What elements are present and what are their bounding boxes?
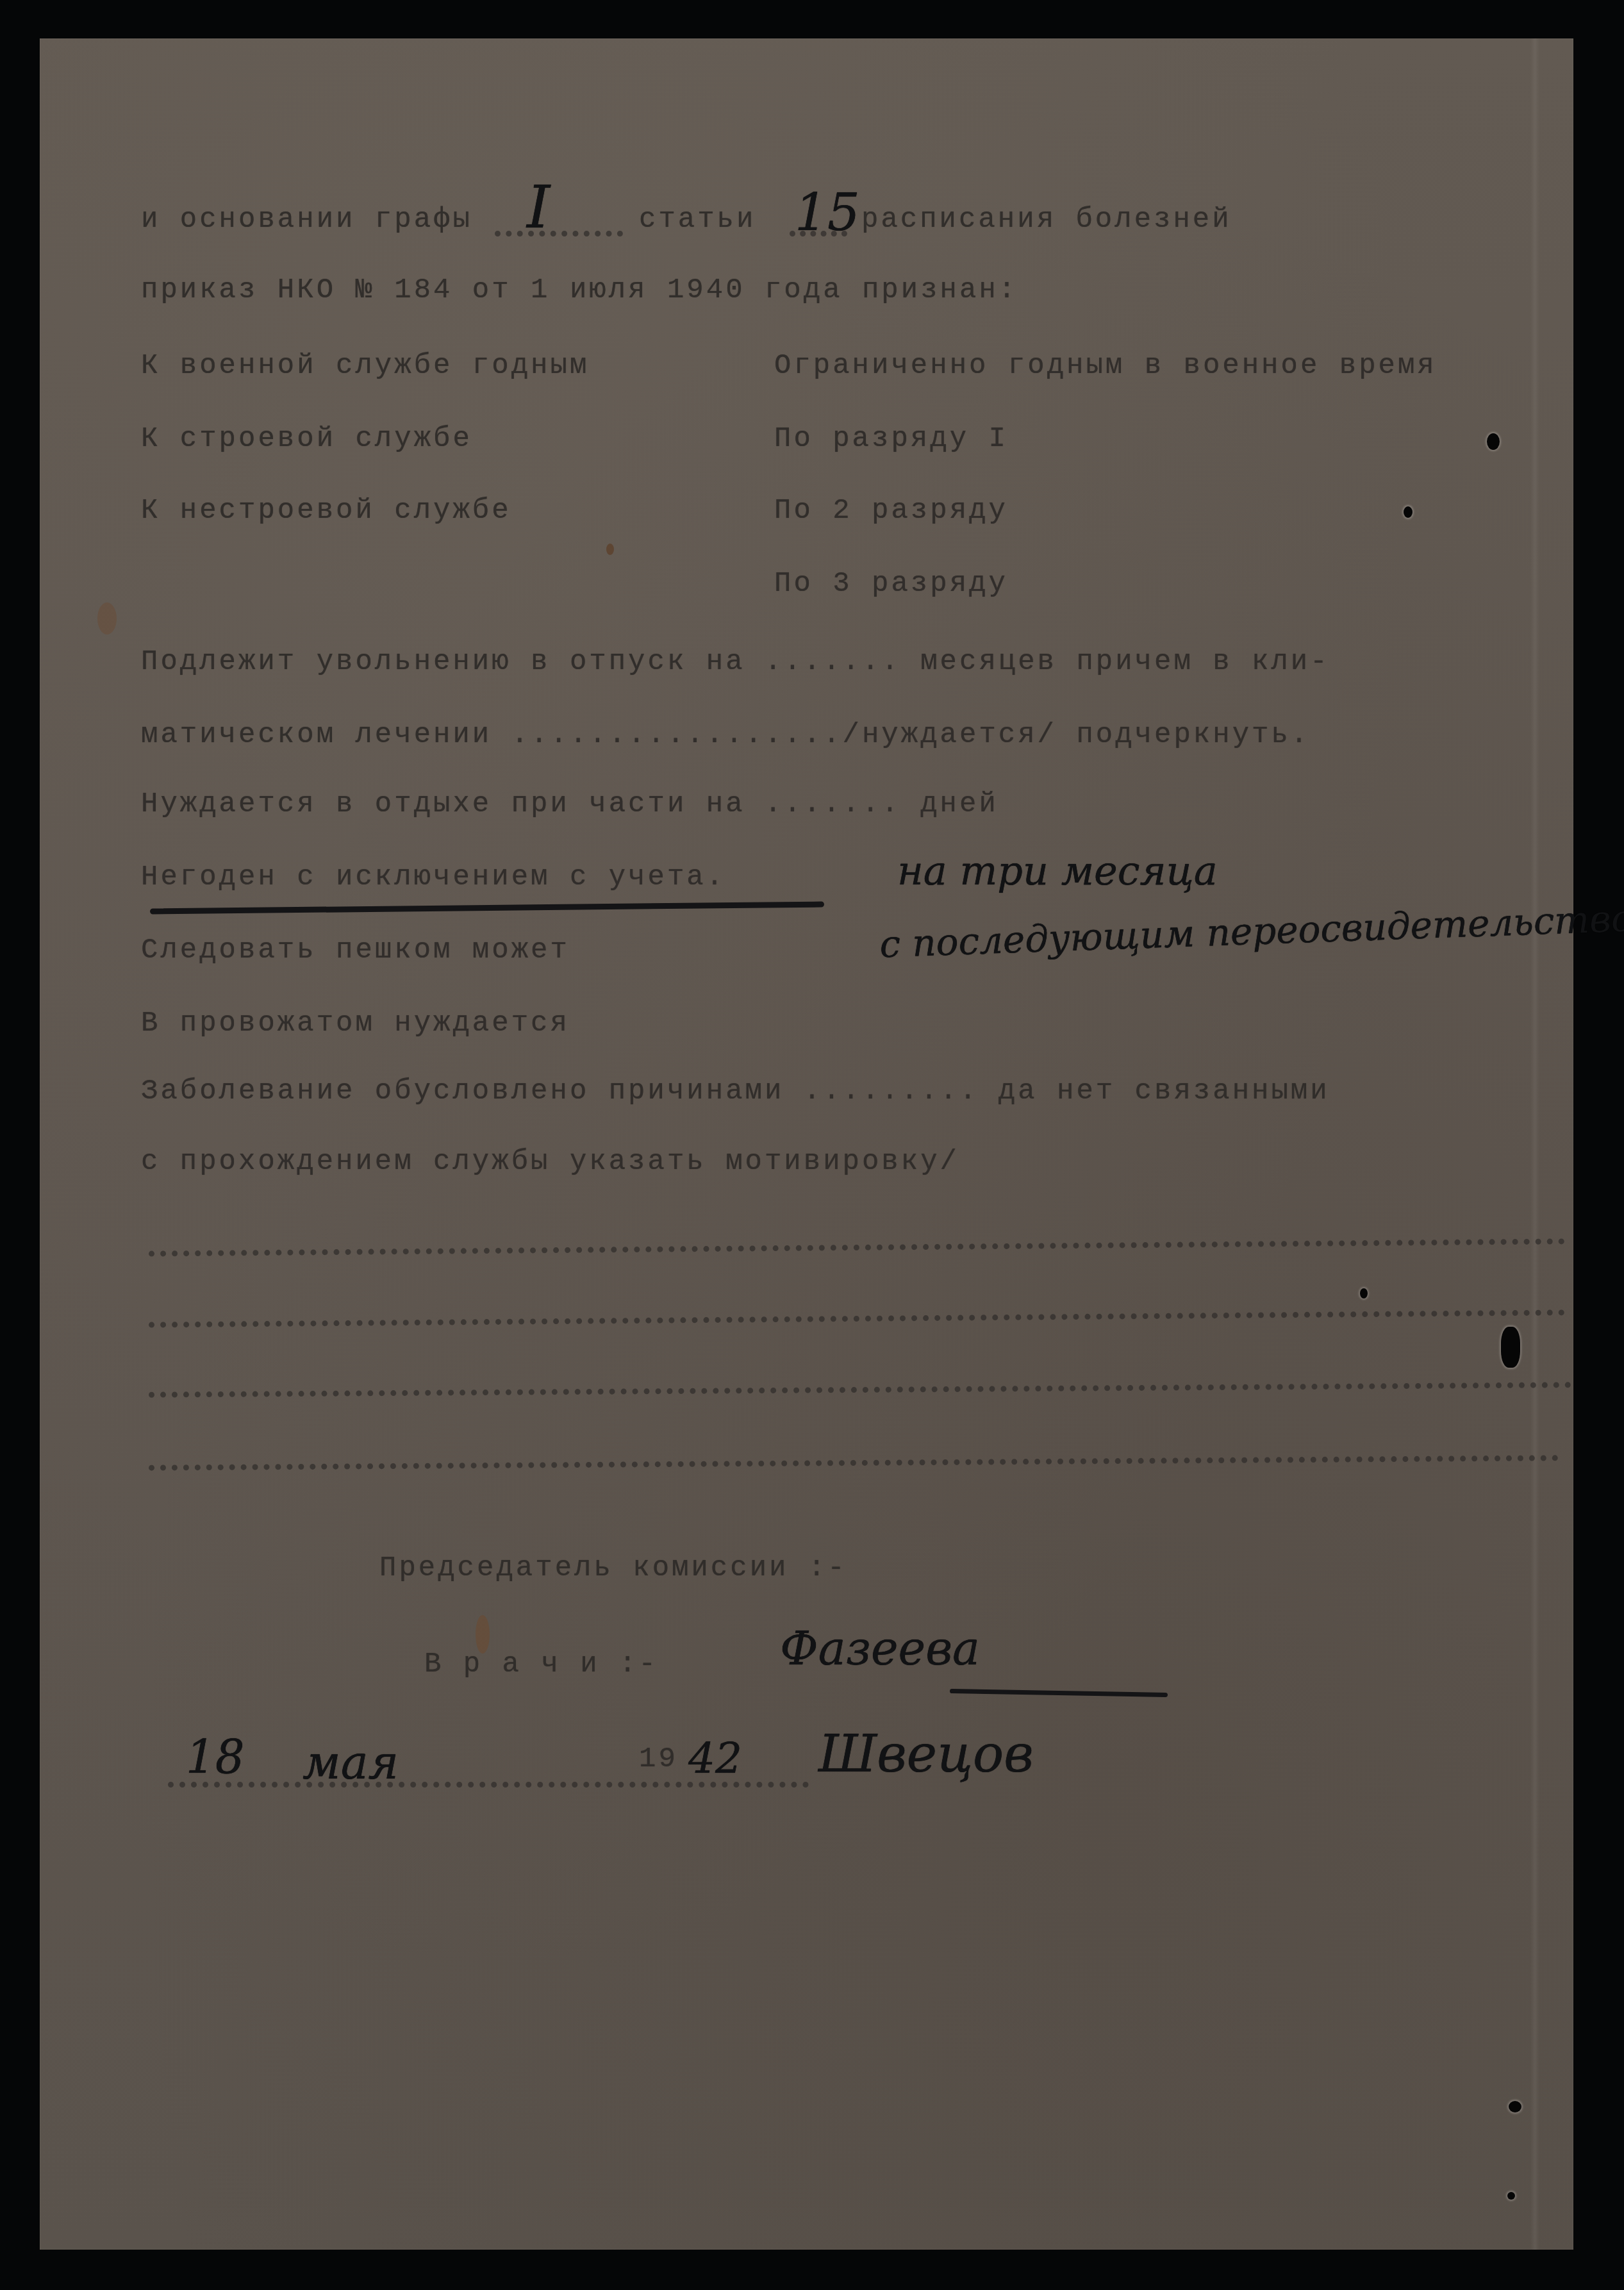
header-line1-suffix: расписания болезней: [861, 204, 1232, 236]
stain: [476, 1615, 490, 1654]
fill-line-2: [149, 1309, 1565, 1327]
fitness-limited-wartime: Ограниченно годным в военное время: [774, 350, 1437, 382]
fitness-category-1: По разряду I: [774, 423, 1008, 455]
ink-spot: [606, 543, 614, 555]
fitness-combat-service: К строевой службе: [141, 423, 472, 455]
fold-line: [1530, 38, 1539, 2250]
doctors-label: В р а ч и :-: [424, 1648, 658, 1680]
signature-1-flourish: [950, 1689, 1168, 1697]
paper-hole: [1404, 506, 1413, 518]
fitness-category-3: По 3 разряду: [774, 568, 1008, 600]
fitness-category-2: По 2 разряду: [774, 495, 1008, 527]
cause-line-1: Заболевание обусловлено причинами ......…: [141, 1075, 1330, 1108]
graph-value-handwritten: I: [527, 173, 550, 242]
fill-line-3: [149, 1382, 1571, 1397]
rest-line: Нуждается в отдыхе при части на ....... …: [141, 788, 998, 820]
graph-dotted-field: [495, 231, 623, 236]
header-line1-middle: статьи: [639, 204, 756, 236]
unfit-handwritten-line-1: на три месяца: [897, 847, 1218, 894]
article-value-handwritten: 15: [795, 183, 860, 242]
fitness-military-service: К военной службе годным: [141, 350, 589, 382]
paper-hole: [1501, 1327, 1520, 1368]
paper-hole: [1487, 433, 1500, 450]
fill-line-4: [149, 1455, 1559, 1470]
fitness-noncombat-service: К нестроевой службе: [141, 495, 511, 527]
unfit-handwritten-line-2: с последующим переосвидетельствованием: [879, 892, 1624, 967]
date-day-handwritten: 18: [186, 1730, 245, 1784]
escort-line: В провожатом нуждается: [141, 1008, 570, 1040]
date-month-handwritten: мая: [302, 1736, 399, 1789]
header-line1-prefix: и основании графы: [141, 204, 472, 236]
leave-line-1: Подлежит увольнению в отпуск на ....... …: [141, 646, 1330, 678]
unfit-line: Негоден с исключением с учета.: [141, 861, 725, 893]
fill-line-1: [149, 1238, 1565, 1256]
unfit-underline: [150, 901, 824, 914]
chairman-label: Председатель комиссии :-: [379, 1552, 847, 1584]
leave-line-2: матическом лечении ................./нуж…: [141, 719, 1310, 751]
cause-line-2: с прохождением службы указать мотивировк…: [141, 1146, 959, 1178]
stain: [97, 602, 117, 635]
doctor-signature-1: Фазеева: [780, 1622, 980, 1675]
paper-hole: [1360, 1288, 1368, 1298]
document-paper: и основании графы I статьи 15 расписания…: [40, 38, 1573, 2250]
date-year-typed: 19: [639, 1743, 678, 1775]
walk-line: Следовать пешком может: [141, 934, 570, 967]
header-line2: приказ НКО № 184 от 1 июля 1940 года при…: [141, 274, 1018, 306]
paper-hole: [1507, 2192, 1515, 2200]
paper-hole: [1509, 2101, 1521, 2112]
date-year-handwritten: 42: [688, 1734, 742, 1783]
doctor-signature-2: Швецов: [818, 1724, 1034, 1784]
